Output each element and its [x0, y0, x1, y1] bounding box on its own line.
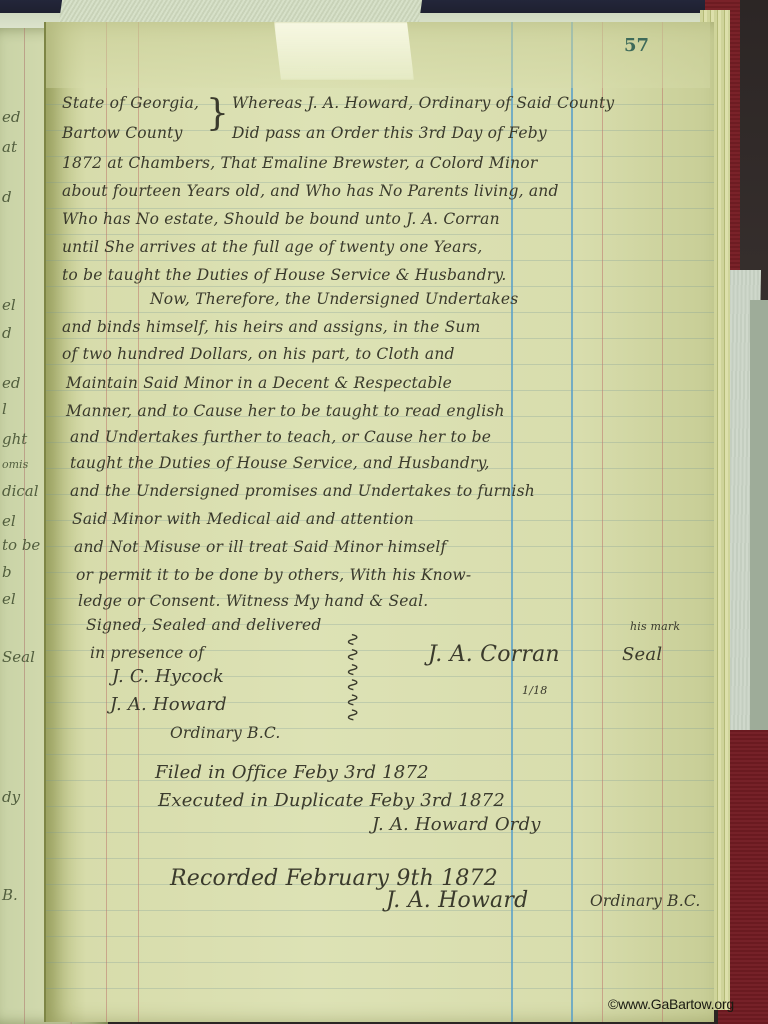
body-line: Whereas J. A. Howard, Ordinary of Said C…	[232, 94, 614, 112]
page-number: 57	[624, 35, 649, 56]
bracket-icon: }	[206, 96, 229, 132]
body-line: and binds himself, his heirs and assigns…	[62, 318, 481, 336]
body-line: taught the Duties of House Service, and …	[70, 454, 490, 472]
witness-label: in presence of	[90, 644, 204, 662]
left-page-fragment: el	[2, 590, 16, 608]
marginal-note: 1/18	[522, 684, 548, 697]
body-line: Did pass an Order this 3rd Day of Feby	[232, 124, 547, 142]
left-page-fragment: ed	[2, 108, 20, 126]
body-line: and Not Misuse or ill treat Said Minor h…	[74, 538, 446, 556]
body-line: until She arrives at the full age of twe…	[62, 238, 482, 256]
left-page-fragment: el	[2, 296, 16, 314]
filing-signature: J. A. Howard Ordy	[372, 814, 541, 835]
copyright-watermark: ©www.GaBartow.org	[608, 996, 734, 1012]
left-page-fragment: d	[2, 188, 12, 206]
witness-name: J. A. Howard	[110, 694, 227, 715]
body-line: or permit it to be done by others, With …	[76, 566, 471, 584]
left-page-fragment: to be	[2, 536, 40, 554]
body-line: ledge or Consent. Witness My hand & Seal…	[78, 592, 428, 610]
recorded-signature: J. A. Howard	[386, 888, 528, 913]
witness-title: Ordinary B.C.	[170, 724, 280, 742]
left-page-fragment: Seal	[2, 648, 35, 666]
left-page-fragment: omis	[2, 458, 28, 471]
body-line: and Undertakes further to teach, or Caus…	[70, 428, 491, 446]
signature-name: J. A. Corran	[428, 642, 560, 667]
filed-line: Filed in Office Feby 3rd 1872	[155, 762, 429, 783]
left-page-fragment: at	[2, 138, 17, 156]
seal-flourish-icon: ∿∿∿∿∿∿	[344, 632, 360, 723]
body-line: Now, Therefore, the Undersigned Undertak…	[150, 290, 518, 308]
body-line: Maintain Said Minor in a Decent & Respec…	[66, 374, 452, 392]
recorded-title: Ordinary B.C.	[590, 892, 700, 910]
body-line: Said Minor with Medical aid and attentio…	[72, 510, 414, 528]
left-page-fragment: dical	[2, 482, 39, 500]
left-page-fragment: dy	[2, 788, 20, 806]
executed-line: Executed in Duplicate Feby 3rd 1872	[158, 790, 505, 811]
body-line: Who has No estate, Should be bound unto …	[62, 210, 500, 228]
body-line: and the Undersigned promises and Underta…	[70, 482, 535, 500]
green-cloth	[750, 300, 768, 780]
photo-scene: ed at d el d ed l ght omis dical el to b…	[0, 0, 768, 1024]
body-line: about fourteen Years old, and Who has No…	[62, 182, 559, 200]
light-glare	[274, 22, 414, 80]
body-line: to be taught the Duties of House Service…	[62, 266, 506, 284]
body-line: Signed, Sealed and delivered	[86, 616, 322, 634]
header-state: State of Georgia,	[62, 94, 199, 112]
header-county: Bartow County	[62, 124, 183, 142]
left-page-fragment: ed	[2, 374, 20, 392]
left-page-fragment: el	[2, 512, 16, 530]
signature-mark: his mark	[630, 620, 680, 633]
left-page-fragment: l	[2, 400, 7, 418]
body-line: of two hundred Dollars, on his part, to …	[62, 345, 455, 363]
witness-name: J. C. Hycock	[112, 666, 224, 687]
body-line: Manner, and to Cause her to be taught to…	[66, 402, 505, 420]
left-page-fragment: d	[2, 324, 12, 342]
body-line: 1872 at Chambers, That Emaline Brewster,…	[62, 154, 537, 172]
left-page-fragment: b	[2, 563, 12, 581]
left-page-fragment: B.	[2, 886, 18, 904]
signature-seal: Seal	[622, 644, 662, 665]
left-page-fragment: ght	[2, 430, 27, 448]
